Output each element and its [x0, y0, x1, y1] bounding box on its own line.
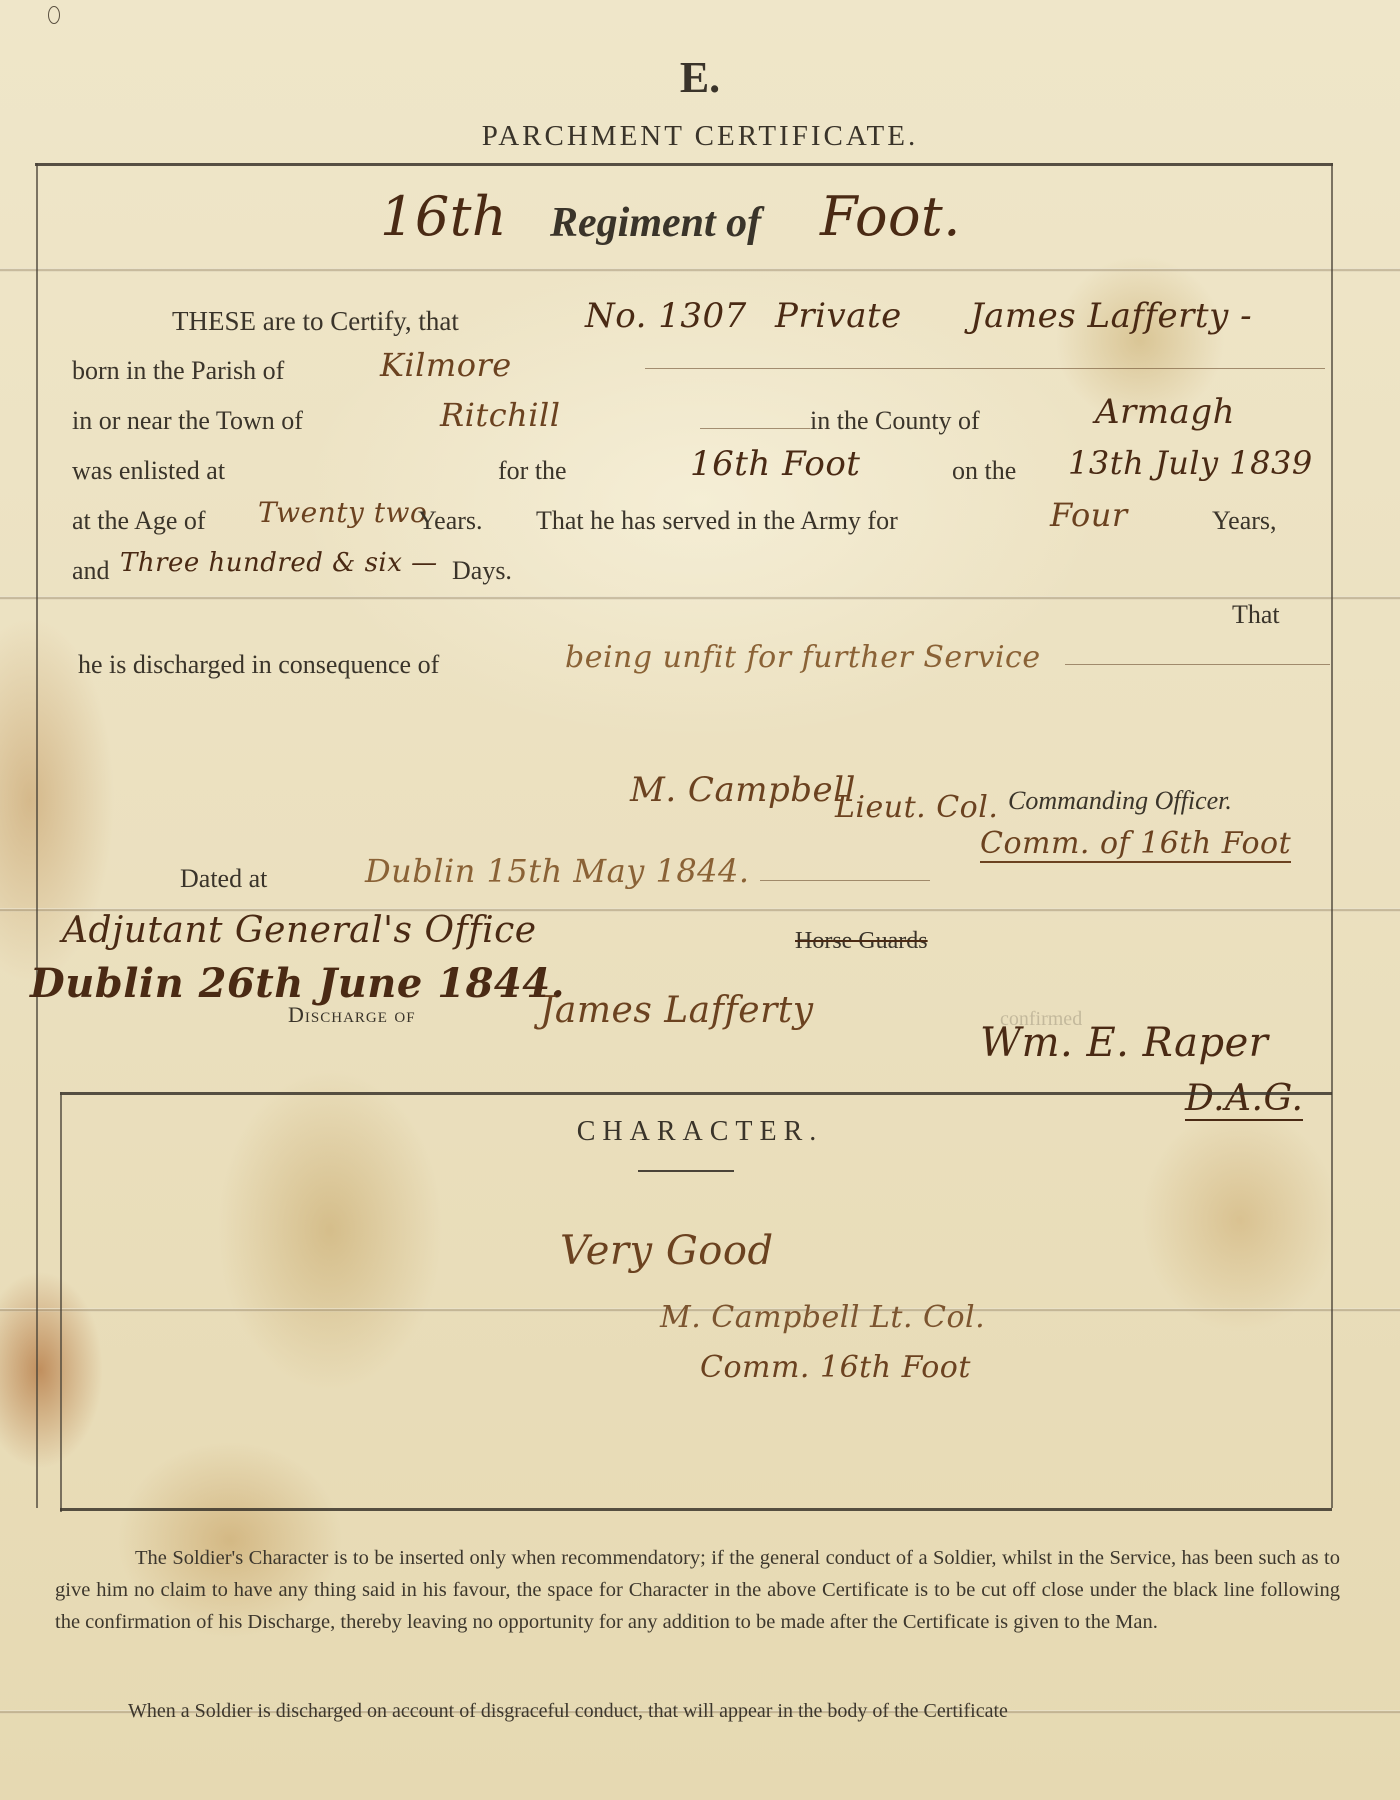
fill-line: [700, 428, 810, 429]
officer-label: Commanding Officer.: [1008, 786, 1232, 816]
served-years: Four: [1050, 496, 1128, 534]
on-the-label: on the: [952, 456, 1016, 486]
days-label: Days.: [452, 556, 512, 586]
enlisted-date: 13th July 1839: [1068, 444, 1313, 482]
fold-crease: [0, 596, 1400, 600]
punch-hole: [48, 6, 60, 24]
top-rule: [35, 163, 1333, 166]
footnote-disgraceful: When a Soldier is discharged on account …: [128, 1700, 1400, 1723]
soldier-number: No. 1307: [585, 296, 747, 336]
form-letter: E.: [0, 52, 1400, 103]
officer-signature: M. Campbell: [630, 770, 856, 810]
days-value: Three hundred & six —: [120, 548, 438, 578]
officer-unit: Comm. of 16th Foot: [980, 826, 1291, 863]
character-bottom-rule: [60, 1508, 1332, 1511]
parish-value: Kilmore: [380, 346, 512, 384]
soldier-name: James Lafferty -: [970, 296, 1252, 336]
confirmation-place-date: Dublin 26th June 1844.: [30, 960, 565, 1007]
age-value: Twenty two: [258, 496, 427, 529]
office-value: Adjutant General's Office: [62, 910, 537, 951]
border-right: [1331, 163, 1333, 1508]
parish-label: born in the Parish of: [72, 356, 284, 386]
regiment-label: Regiment of: [550, 199, 761, 247]
certify-intro: THESE are to Certify, that: [172, 306, 459, 337]
fill-line: [760, 880, 930, 881]
for-the-label: for the: [498, 456, 567, 486]
horse-guards-struck: Horse Guards: [795, 928, 928, 955]
discharge-of-label: Discharge of: [288, 1002, 416, 1028]
enlisted-label: was enlisted at: [72, 456, 225, 486]
character-signature-unit: Comm. 16th Foot: [700, 1350, 971, 1385]
regiment-line: 16th Regiment of Foot.: [380, 185, 1100, 265]
years-label: Years.: [418, 506, 483, 536]
confirmation-title: D.A.G.: [1185, 1078, 1303, 1121]
reason-value: being unfit for further Service: [565, 640, 1041, 675]
county-label: in the County of: [810, 406, 980, 436]
regiment-arm: Foot.: [820, 185, 961, 248]
age-label: at the Age of: [72, 506, 206, 536]
reason-label: he is discharged in consequence of: [78, 650, 439, 680]
character-heading: CHARACTER.: [0, 1116, 1400, 1148]
officer-rank: Lieut. Col.: [835, 790, 998, 825]
enlisted-unit: 16th Foot: [690, 444, 860, 484]
regiment-number: 16th: [380, 185, 507, 248]
fill-line: [1065, 664, 1330, 665]
border-left: [36, 163, 38, 1508]
dated-label: Dated at: [180, 864, 267, 894]
dated-value: Dublin 15th May 1844.: [365, 852, 750, 890]
character-signature: M. Campbell Lt. Col.: [660, 1300, 985, 1335]
character-left-rule: [60, 1092, 62, 1512]
soldier-rank: Private: [775, 296, 902, 336]
form-title: PARCHMENT CERTIFICATE.: [0, 120, 1400, 153]
fill-line: [645, 368, 1325, 369]
discharge-name: James Lafferty: [540, 990, 814, 1031]
character-remark: Very Good: [560, 1228, 774, 1274]
character-underline: [638, 1170, 734, 1172]
county-value: Armagh: [1095, 392, 1235, 432]
town-value: Ritchill: [440, 396, 560, 434]
footnote-character: The Soldier's Character is to be inserte…: [55, 1542, 1340, 1638]
fold-crease: [0, 268, 1400, 272]
years-label-2: Years,: [1212, 506, 1277, 536]
that-label: That: [1232, 600, 1280, 630]
character-top-rule: [60, 1092, 1332, 1095]
town-label: in or near the Town of: [72, 406, 303, 436]
and-label: and: [72, 556, 110, 586]
served-label: That he has served in the Army for: [536, 506, 898, 536]
confirmation-signature: Wm. E. Raper: [980, 1020, 1268, 1066]
